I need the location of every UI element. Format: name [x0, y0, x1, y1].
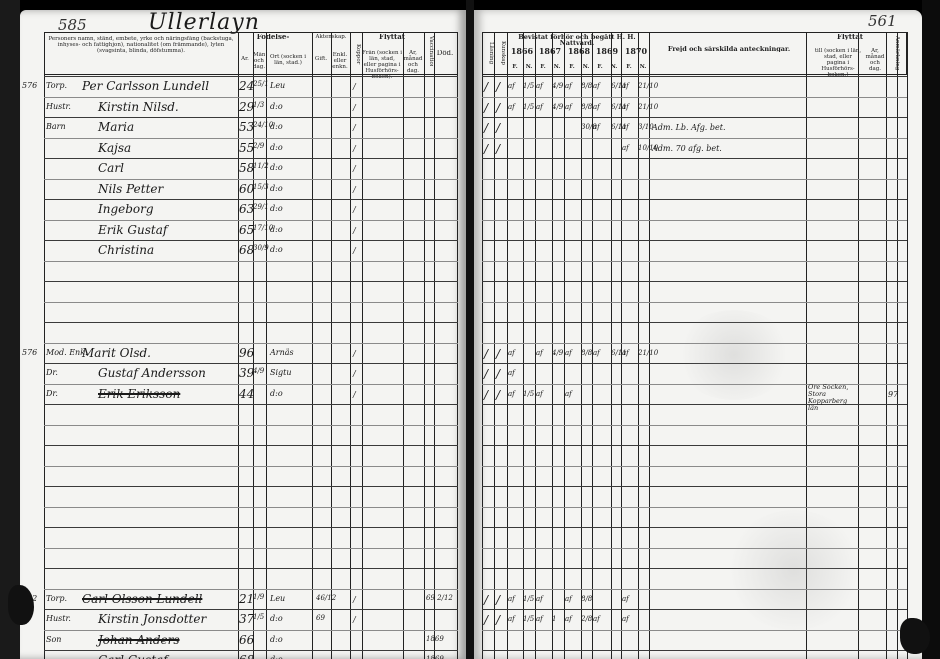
column-rule	[457, 32, 458, 659]
communion-mark: af	[593, 123, 600, 131]
right-page: 561 Läsning Kunskap Bevistat förhör och …	[474, 10, 922, 659]
communion-mark: 21/10	[638, 103, 658, 111]
row-rule	[482, 199, 907, 200]
birth-year: 68	[239, 243, 254, 257]
birth-place: d:o	[270, 102, 283, 111]
communion-mark: af	[593, 103, 600, 111]
birth-year: 58	[239, 161, 254, 175]
birth-place: d:o	[270, 245, 283, 254]
row-rule	[44, 117, 458, 118]
birth-place: d:o	[270, 184, 283, 193]
person-name: Kirstin Jonsdotter	[98, 612, 206, 626]
birth-place: d:o	[270, 225, 283, 234]
birth-place: d:o	[270, 122, 283, 131]
year-1868: 1868	[565, 48, 593, 54]
birth-date: 1/9	[253, 593, 264, 601]
communion-mark: af	[536, 390, 543, 398]
communion-mark: af	[508, 595, 515, 603]
header-remarks: Frejd och särskilda anteckningar.	[654, 46, 804, 52]
communion-mark: 1/5	[523, 82, 534, 90]
column-rule	[897, 32, 898, 659]
header-birth: Födelse-	[238, 34, 308, 40]
scan-edge-right	[922, 0, 940, 659]
row-rule	[482, 261, 907, 262]
person-role: Dr.	[46, 368, 58, 377]
reading-mark: /	[484, 142, 488, 156]
person-role: Dr.	[46, 389, 58, 398]
person-role: Hustr.	[46, 614, 71, 623]
row-rule	[44, 179, 458, 180]
vaccination-mark: /	[353, 164, 356, 173]
birth-year: 68	[239, 653, 254, 659]
death-date: 1869	[426, 655, 444, 659]
birth-date: 15/3	[253, 183, 269, 191]
communion-mark: af	[536, 103, 543, 111]
header-notes: Anmärkningar	[890, 36, 900, 70]
header-f: F.	[622, 64, 636, 70]
communion-mark: 1/5	[523, 615, 534, 623]
communion-mark: 21/10	[638, 82, 658, 90]
column-rule	[564, 32, 565, 659]
row-rule	[482, 507, 907, 508]
person-name: Christina	[98, 243, 154, 257]
person-name: Per Carlsson Lundell	[82, 79, 209, 93]
communion-mark: af	[536, 82, 543, 90]
understanding-mark: /	[496, 142, 500, 156]
row-rule	[44, 589, 458, 590]
married-date: 46/12	[316, 594, 336, 602]
column-rule	[434, 32, 435, 659]
person-role: Hustr.	[46, 102, 71, 111]
row-rule	[482, 220, 907, 221]
row-rule	[44, 363, 458, 364]
header-death: Död.	[434, 50, 456, 56]
row-rule	[482, 117, 907, 118]
birth-year: 24	[239, 79, 254, 93]
birth-date: 29/1	[253, 203, 269, 211]
vaccination-mark: /	[353, 103, 356, 112]
birth-year: 37	[239, 612, 254, 626]
reading-mark: /	[484, 101, 488, 115]
birth-year: 55	[239, 141, 254, 155]
vaccination-mark: /	[353, 205, 356, 214]
scan-edge-left	[0, 0, 20, 659]
communion-mark: af	[565, 615, 572, 623]
communion-mark: 1/5	[523, 595, 534, 603]
communion-mark: af	[622, 82, 629, 90]
header-birth-monthday: Månad och dag.	[253, 52, 265, 70]
death-date: 69 2/12	[426, 594, 453, 602]
birth-place: d:o	[270, 655, 283, 659]
column-rule	[350, 32, 351, 659]
row-rule	[44, 568, 458, 569]
person-role: Son	[46, 635, 61, 644]
vaccination-mark: /	[353, 123, 356, 132]
row-rule	[44, 404, 458, 405]
understanding-mark: /	[496, 613, 500, 627]
birth-date: 30/9	[253, 244, 269, 252]
birth-year: 66	[239, 633, 254, 647]
communion-mark: af	[565, 390, 572, 398]
birth-place: Sigtu	[270, 368, 292, 377]
row-rule	[44, 158, 458, 159]
birth-place: Leu	[270, 594, 285, 603]
column-rule	[523, 32, 524, 659]
header-moved-date: År, månad och dag.	[403, 50, 423, 74]
row-rule	[482, 158, 907, 159]
remark-text: Adm. Lb. Afg. bet.	[652, 123, 726, 132]
birth-date: 2/9	[253, 142, 264, 150]
communion-mark: af	[622, 144, 629, 152]
communion-mark: af	[508, 390, 515, 398]
birth-date: 4/9	[253, 367, 264, 375]
column-rule	[907, 32, 908, 659]
vaccination-mark: /	[353, 369, 356, 378]
header-moved-to: till (socken i län, stad, eller pagina i…	[814, 48, 862, 78]
header-f: F.	[593, 64, 607, 70]
column-rule	[552, 32, 553, 659]
birth-place: Arnäs	[270, 348, 294, 357]
communion-mark: af	[536, 595, 543, 603]
column-rule	[535, 32, 536, 659]
communion-mark: af	[536, 349, 543, 357]
communion-mark: af	[565, 595, 572, 603]
vaccination-mark: /	[353, 246, 356, 255]
birth-year: 29	[239, 100, 254, 114]
row-rule	[44, 527, 458, 528]
communion-mark: af	[593, 615, 600, 623]
birth-year: 39	[239, 366, 254, 380]
row-rule	[44, 486, 458, 487]
communion-mark: af	[565, 82, 572, 90]
moved-date: 97	[888, 390, 898, 399]
row-rule	[44, 425, 458, 426]
reading-mark: /	[484, 388, 488, 402]
communion-mark: af	[622, 103, 629, 111]
birth-year: 44	[239, 387, 254, 401]
header-understanding: Kunskap	[496, 36, 506, 70]
birth-year: 65	[239, 223, 254, 237]
column-rule	[424, 32, 425, 659]
header-moved-right: Flyttat	[814, 34, 886, 40]
communion-mark: 21/10	[638, 349, 658, 357]
communion-mark: 4/9	[552, 103, 563, 111]
understanding-mark: /	[496, 121, 500, 135]
reading-mark: /	[484, 80, 488, 94]
year-1867: 1867	[536, 48, 564, 54]
header-birth-place: Ort (socken i län, stad.)	[266, 54, 310, 66]
birth-place: d:o	[270, 614, 283, 623]
moved-to: Ore Socken, Stora Kopparberg län	[808, 384, 858, 412]
married-date: 69	[316, 614, 325, 622]
row-rule	[482, 179, 907, 180]
header-reading: Läsning	[484, 36, 494, 70]
header-f: F.	[565, 64, 579, 70]
row-rule	[44, 650, 458, 651]
scanner-thumb	[8, 585, 34, 625]
communion-mark: af	[593, 349, 600, 357]
row-rule	[482, 302, 907, 303]
person-name: Kirstin Nilsd.	[98, 100, 179, 114]
scanner-thumb	[900, 618, 930, 654]
reading-mark: /	[484, 121, 488, 135]
birth-place: Leu	[270, 81, 285, 90]
column-rule	[312, 32, 313, 659]
communion-mark: af	[508, 103, 515, 111]
row-rule	[44, 609, 458, 610]
birth-year: 21	[239, 592, 254, 606]
book-spine	[466, 0, 474, 659]
header-moved: Flyttat	[362, 34, 422, 40]
row-rule	[482, 425, 907, 426]
communion-mark: 1	[552, 615, 556, 623]
row-rule	[44, 138, 458, 139]
communion-mark: af	[508, 369, 515, 377]
row-rule	[482, 445, 907, 446]
column-rule	[362, 32, 363, 659]
vaccination-mark: /	[353, 615, 356, 624]
reading-mark: /	[484, 347, 488, 361]
vaccination-mark: /	[353, 390, 356, 399]
header-communion: Bevistat förhör och begått H. H. Nattvar…	[510, 34, 644, 46]
birth-year: 60	[239, 182, 254, 196]
person-name: Erik Gustaf	[98, 223, 167, 237]
communion-mark: af	[565, 103, 572, 111]
birth-place: d:o	[270, 204, 283, 213]
row-rule	[44, 220, 458, 221]
communion-mark: 4/9	[552, 349, 563, 357]
header-f: F.	[536, 64, 550, 70]
row-rule	[44, 76, 458, 77]
birth-date: 11/2	[253, 162, 269, 170]
communion-mark: 1/5	[523, 103, 534, 111]
communion-mark: af	[593, 82, 600, 90]
year-1869: 1869	[593, 48, 621, 54]
communion-mark: 8/8	[581, 103, 592, 111]
death-date: 1869	[426, 635, 444, 643]
header-moved-date-right: År, månad och dag.	[864, 48, 886, 72]
understanding-mark: /	[496, 367, 500, 381]
communion-mark: 2/8	[581, 615, 592, 623]
paper-stain	[724, 510, 864, 630]
row-rule	[482, 466, 907, 467]
person-name: Nils Petter	[98, 182, 163, 196]
row-rule	[482, 630, 907, 631]
row-rule	[482, 281, 907, 282]
communion-mark: af	[622, 349, 629, 357]
birth-place: d:o	[270, 635, 283, 644]
person-name: Carl Gustaf	[98, 653, 168, 659]
row-rule	[482, 97, 907, 98]
person-role: Torp.	[46, 594, 67, 603]
paper-stain	[674, 310, 794, 400]
reading-mark: /	[484, 367, 488, 381]
row-rule	[482, 138, 907, 139]
person-name: Johan Anders	[98, 633, 180, 647]
vaccination-mark: /	[353, 82, 356, 91]
row-rule	[44, 97, 458, 98]
header-birth-year: År.	[238, 56, 252, 62]
reading-mark: /	[484, 613, 488, 627]
birth-date: 1/3	[253, 101, 264, 109]
communion-mark: af	[565, 349, 572, 357]
understanding-mark: /	[496, 388, 500, 402]
column-rule	[403, 32, 404, 659]
vaccination-mark: /	[353, 144, 356, 153]
vaccination-mark: /	[353, 595, 356, 604]
birth-place: d:o	[270, 143, 283, 152]
header-n: N.	[607, 64, 621, 70]
communion-mark: 8/8	[581, 595, 592, 603]
person-name: Kajsa	[98, 141, 131, 155]
row-rule	[44, 630, 458, 631]
header-married: Gift.	[312, 56, 330, 62]
left-page: 585 Ullerlayn Personers namn, ständ, emb…	[20, 10, 466, 659]
birth-year: 96	[239, 346, 254, 360]
household-number: 576	[22, 81, 37, 90]
communion-mark: 8/8	[581, 349, 592, 357]
row-rule	[482, 650, 907, 651]
column-rule	[507, 32, 508, 659]
person-name: Gustaf Andersson	[98, 366, 206, 380]
row-rule	[482, 76, 907, 77]
communion-mark: 1/5	[523, 390, 534, 398]
birth-place: d:o	[270, 389, 283, 398]
person-name: Erik Eriksson	[98, 387, 180, 401]
understanding-mark: /	[496, 347, 500, 361]
row-rule	[44, 322, 458, 323]
person-name: Carl Olsson Lundell	[82, 592, 202, 606]
communion-mark: 4/9	[552, 82, 563, 90]
understanding-mark: /	[496, 80, 500, 94]
communion-mark: af	[622, 595, 629, 603]
row-rule	[44, 302, 458, 303]
birth-date: 1/5	[253, 613, 264, 621]
birth-year: 53	[239, 120, 254, 134]
header-widowed: Enkl. eller enkn.	[331, 52, 349, 70]
remark-text: Adm. 70 afg. bet.	[652, 144, 722, 153]
birth-year: 63	[239, 202, 254, 216]
communion-mark: af	[622, 615, 629, 623]
header-inoculation: Vaccination	[424, 36, 434, 66]
communion-mark: af	[508, 349, 515, 357]
row-rule	[44, 384, 458, 385]
communion-mark: af	[622, 123, 629, 131]
communion-mark: 8/8	[581, 82, 592, 90]
row-rule	[44, 281, 458, 282]
birth-date: 25/1	[253, 80, 269, 88]
row-rule	[482, 486, 907, 487]
row-rule	[44, 445, 458, 446]
person-name: Ingeborg	[98, 202, 154, 216]
understanding-mark: /	[496, 593, 500, 607]
communion-mark: af	[508, 615, 515, 623]
reading-mark: /	[484, 593, 488, 607]
row-rule	[44, 261, 458, 262]
person-role: Barn	[46, 122, 66, 131]
row-rule	[44, 466, 458, 467]
person-name: Carl	[98, 161, 124, 175]
row-rule	[482, 240, 907, 241]
header-f: F.	[508, 64, 522, 70]
year-1870: 1870	[622, 48, 650, 54]
birth-place: d:o	[270, 163, 283, 172]
communion-mark: af	[536, 615, 543, 623]
row-rule	[44, 343, 458, 344]
person-name: Maria	[98, 120, 134, 134]
vaccination-mark: /	[353, 185, 356, 194]
communion-mark: af	[508, 82, 515, 90]
header-vaccination: Koppor	[351, 40, 361, 68]
row-rule	[44, 548, 458, 549]
year-1866: 1866	[508, 48, 536, 54]
column-rule	[331, 32, 332, 659]
row-rule	[44, 507, 458, 508]
column-rule	[886, 32, 887, 659]
row-rule	[44, 199, 458, 200]
person-name: Marit Olsd.	[82, 346, 151, 360]
row-rule	[44, 240, 458, 241]
vaccination-mark: /	[353, 349, 356, 358]
vaccination-mark: /	[353, 226, 356, 235]
person-role: Torp.	[46, 81, 67, 90]
household-number: 576	[22, 348, 37, 357]
header-persons: Personers namn, ständ, embete, yrke och …	[46, 36, 236, 72]
understanding-mark: /	[496, 101, 500, 115]
right-page-number: 561	[868, 12, 897, 30]
